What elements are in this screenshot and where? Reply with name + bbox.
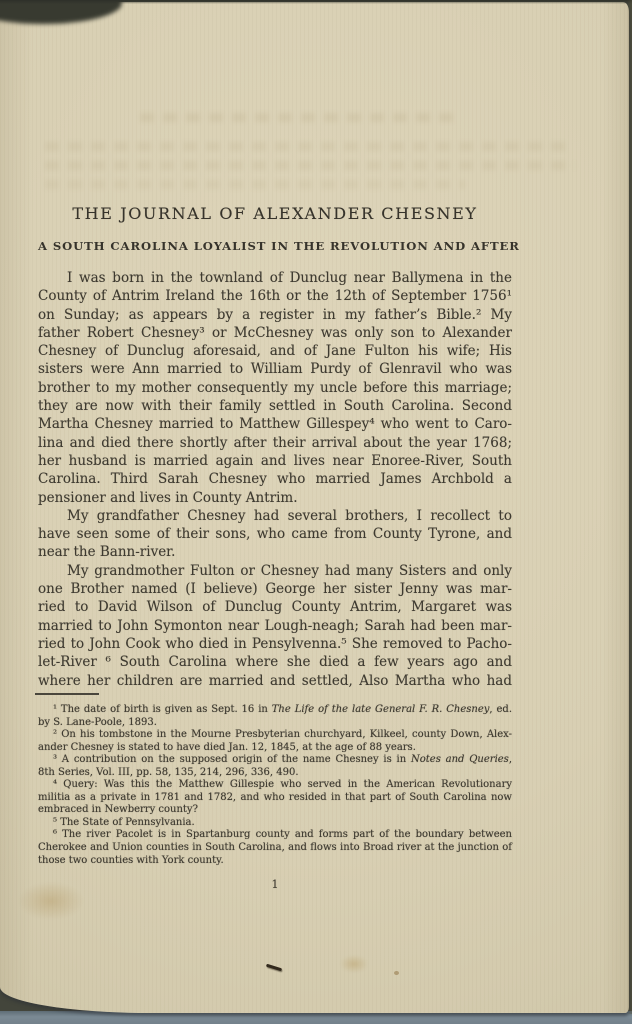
text-line: ander Chesney is stated to have died Jan… <box>38 742 512 755</box>
text-line: father Robert Chesney³ or McChesney was … <box>38 324 512 342</box>
text-line: near the Bann-river. <box>38 543 512 561</box>
text-line: Chesney of Dunclug aforesaid, and of Jan… <box>38 342 512 360</box>
text-line: have seen some of their sons, who came f… <box>38 525 512 543</box>
page-number: 1 <box>38 878 512 891</box>
text-line: embraced in Newberry county? <box>38 804 512 817</box>
page-subtitle: A SOUTH CAROLINA LOYALIST IN THE REVOLUT… <box>38 239 512 253</box>
text-line: sisters were Ann married to William Purd… <box>38 360 512 378</box>
text-line: those two counties with York county. <box>38 855 512 868</box>
page-right-edge-shade <box>627 0 632 1014</box>
paragraph: My grandfather Chesney had several broth… <box>38 507 512 562</box>
text-line: Cherokee and Union counties in South Car… <box>38 842 512 855</box>
text-line: ⁴ Query: Was this the Matthew Gillespie … <box>38 779 512 792</box>
text-line: County of Antrim Ireland the 16th or the… <box>38 287 512 305</box>
text-line: let-River ⁶ South Carolina where she die… <box>38 653 512 671</box>
text-line: where her children are married and settl… <box>38 672 512 690</box>
page-title: THE JOURNAL OF ALEXANDER CHESNEY <box>38 204 512 223</box>
text-line: by S. Lane-Poole, 1893. <box>38 717 512 730</box>
text-line: ⁶ The river Pacolet is in Spartanburg co… <box>38 829 512 842</box>
text-line: ried to David Wilson of Dunclug County A… <box>38 598 512 616</box>
text-line: My grandmother Fulton or Chesney had man… <box>38 562 512 580</box>
text-line: I was born in the townland of Dunclug ne… <box>38 269 512 287</box>
text-line: lina and died there shortly after their … <box>38 434 512 452</box>
scanned-book-page-screenshot: { "colors": { "paper": "#d8cfb4", "ink":… <box>0 0 632 1024</box>
footnotes: ¹ The date of birth is given as Sept. 16… <box>38 704 512 867</box>
scan-top-edge-shadow <box>0 0 632 4</box>
text-block: THE JOURNAL OF ALEXANDER CHESNEY A SOUTH… <box>38 2 512 1013</box>
text-line: ³ A contribution on the supposed origin … <box>38 754 512 767</box>
text-line: Carolina. Third Sarah Chesney who marrie… <box>38 470 512 488</box>
paragraph: I was born in the townland of Dunclug ne… <box>38 269 512 507</box>
text-line: ⁵ The State of Pennsylvania. <box>38 817 512 830</box>
paragraph: My grandmother Fulton or Chesney had man… <box>38 562 512 690</box>
body-text: I was born in the townland of Dunclug ne… <box>38 269 512 690</box>
text-line: pensioner and lives in County Antrim. <box>38 489 512 507</box>
footnote-separator-rule <box>35 693 99 695</box>
text-line: they are now with their family settled i… <box>38 397 512 415</box>
text-line: 8th Series, Vol. III, pp. 58, 135, 214, … <box>38 767 512 780</box>
text-line: My grandfather Chesney had several broth… <box>38 507 512 525</box>
text-line: one Brother named (I believe) George her… <box>38 580 512 598</box>
text-line: Martha Chesney married to Matthew Gilles… <box>38 415 512 433</box>
book-page: THE JOURNAL OF ALEXANDER CHESNEY A SOUTH… <box>0 2 629 1013</box>
text-line: militia as a private in 1781 and 1782, a… <box>38 792 512 805</box>
text-line: married to John Symonton near Lough-neag… <box>38 617 512 635</box>
text-line: ¹ The date of birth is given as Sept. 16… <box>38 704 512 717</box>
text-line: ² On his tombstone in the Mourne Presbyt… <box>38 729 512 742</box>
text-line: brother to my mother consequently my unc… <box>38 379 512 397</box>
text-line: on Sunday; as appears by a register in m… <box>38 306 512 324</box>
text-line: ried to John Cook who died in Pensylvenn… <box>38 635 512 653</box>
text-line: her husband is married again and lives n… <box>38 452 512 470</box>
